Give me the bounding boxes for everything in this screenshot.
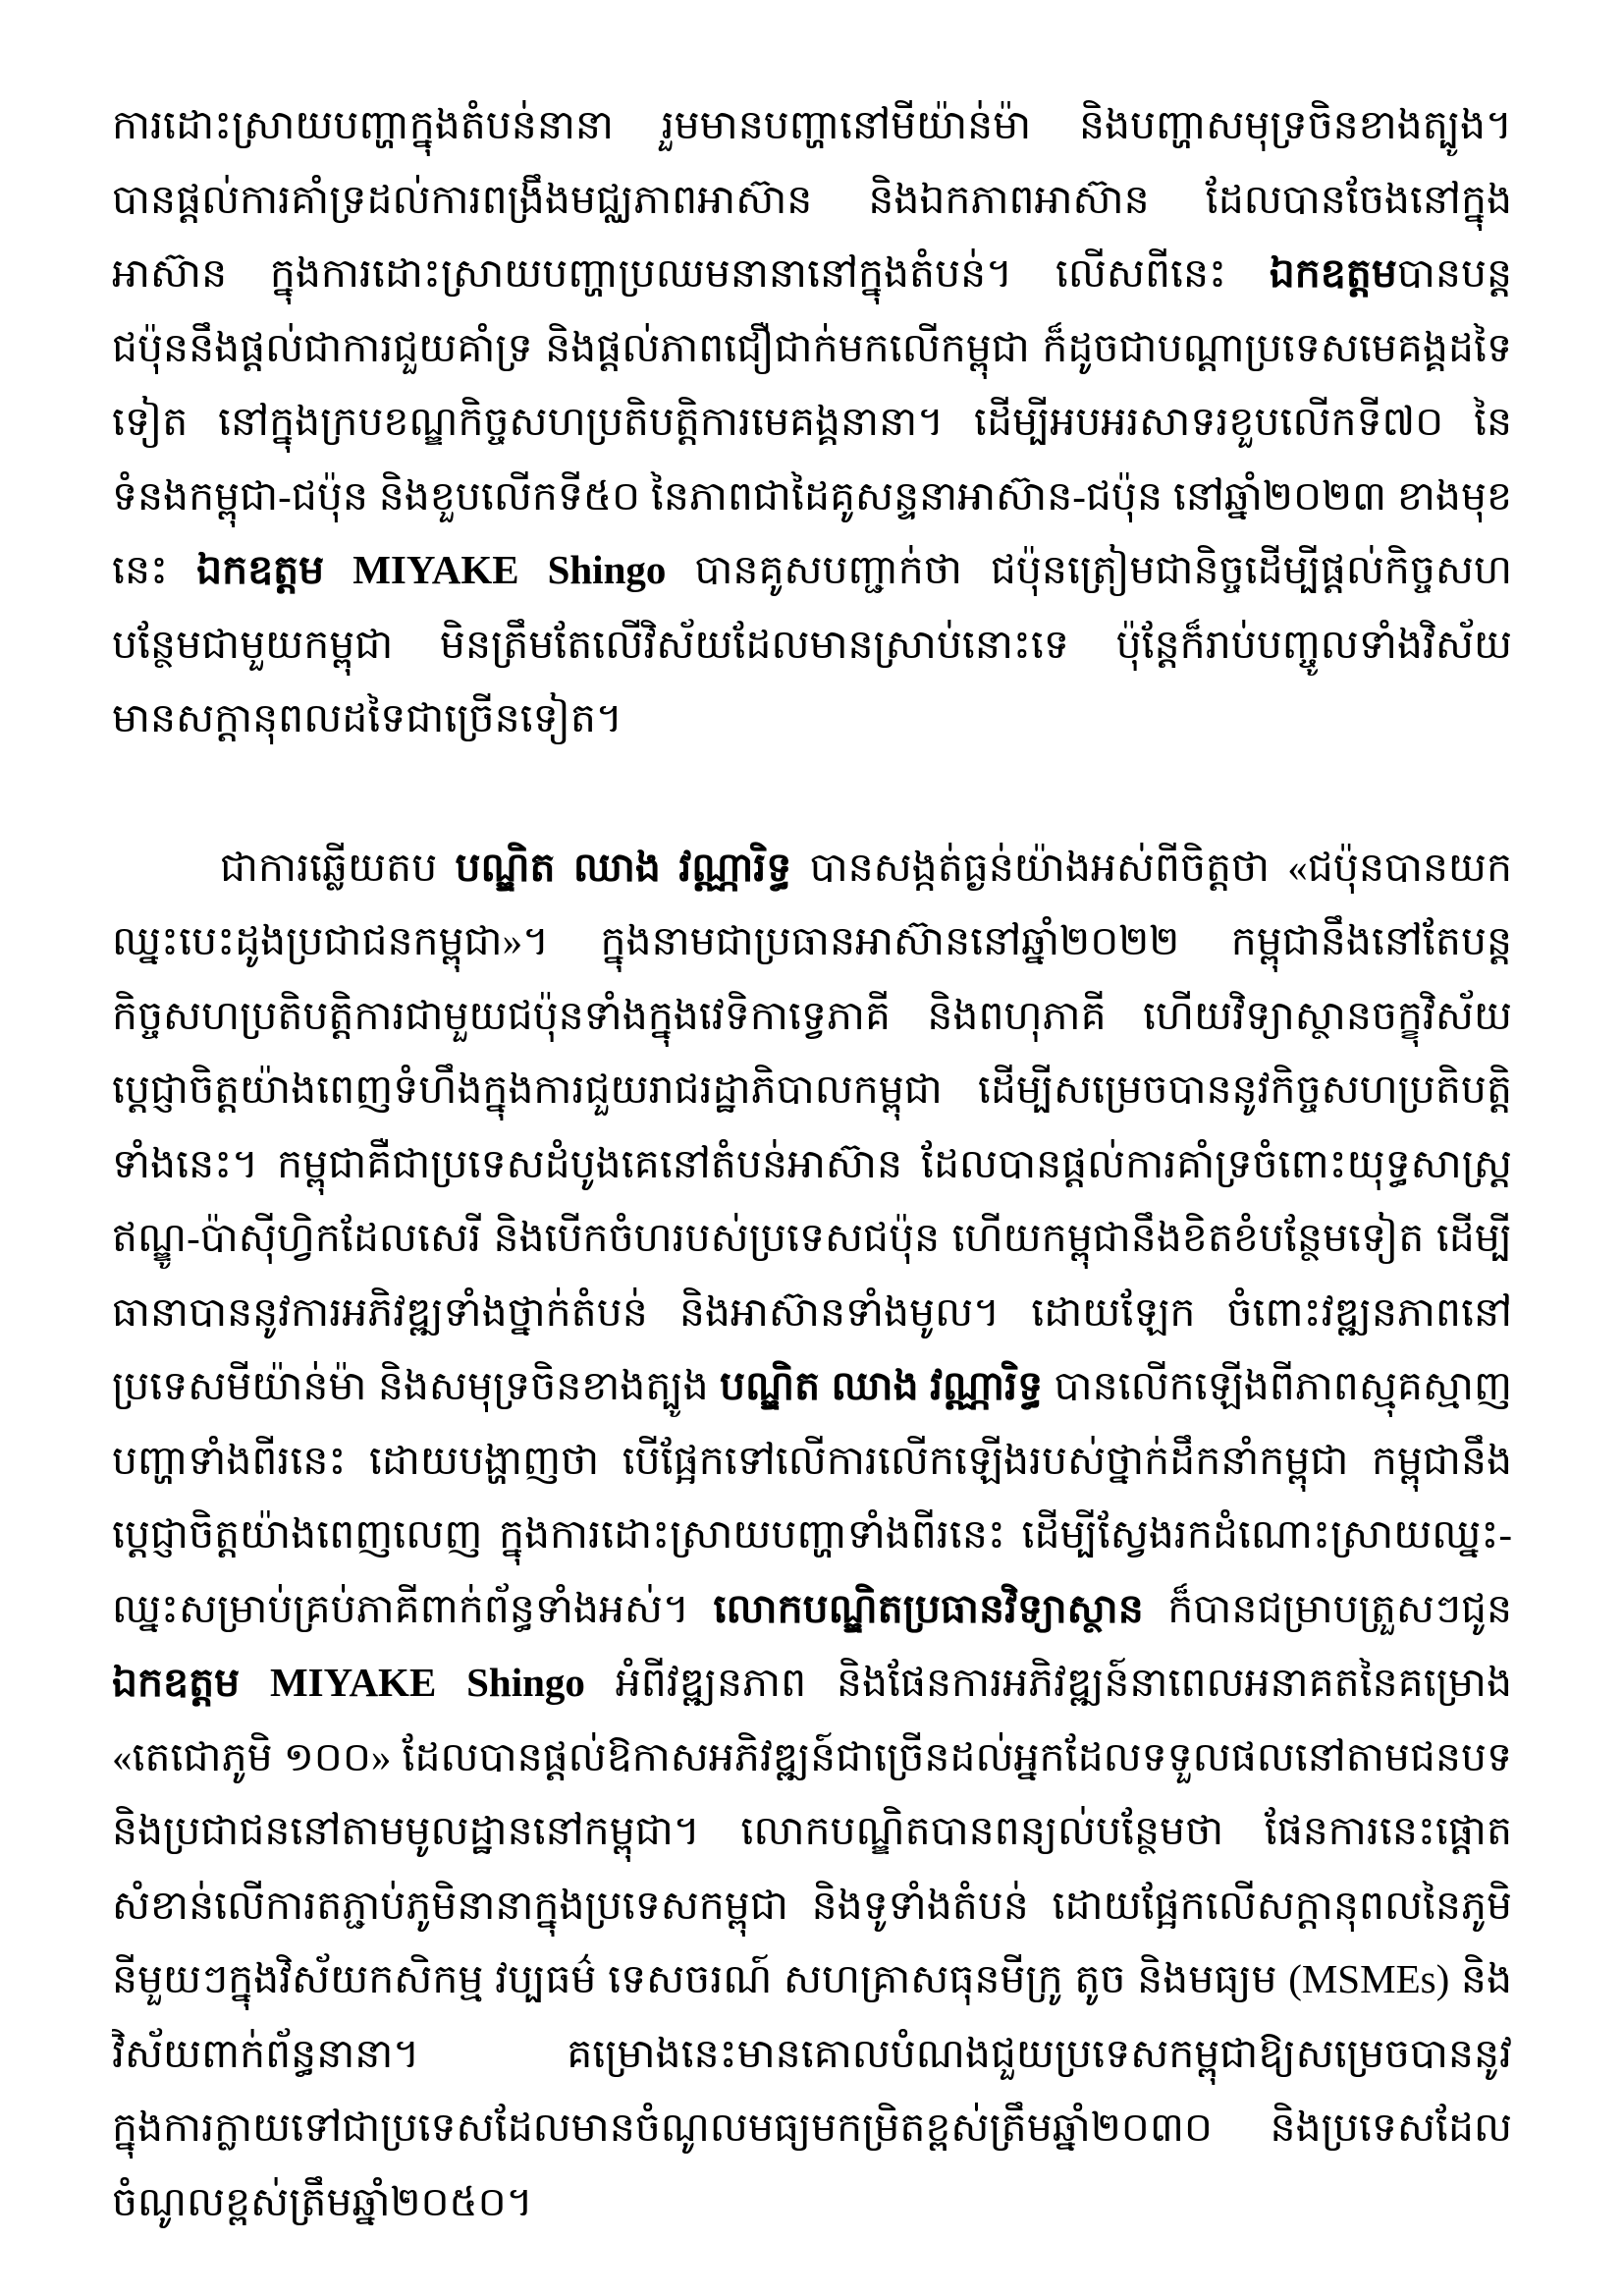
- text-run: ប្តេជ្ញាចិត្តយ៉ាងពេញទំហឹងក្នុងការជួយរាជរ…: [112, 1066, 1512, 1127]
- text-line: ទំនងកម្ពុជា-ជប៉ុន និងខួបលើកទី៥០ នៃភាពជាដ…: [112, 460, 1512, 534]
- text-line: ទៀត នៅក្នុងក្របខណ្ឌកិច្ចសហប្រតិបត្តិការម…: [112, 385, 1512, 460]
- text-run: «តេជោភូមិ ១០០» ដែលបានផ្តល់ឱកាសអភិវឌ្ឍន៍ជ…: [112, 1734, 1512, 1779]
- text-line: បានផ្តល់ការគាំទ្រដល់ការពង្រឹងមជ្ឈភាពអាស៊…: [112, 163, 1512, 238]
- text-run: ឥណ្ឌូ-ប៉ាស៊ីហ្វិកដែលសេរី និងបើកចំហរបស់ប្…: [112, 1215, 1512, 1260]
- text-line: ប្តេជ្ញាចិត្តយ៉ាងពេញទំហឹងក្នុងការជួយរាជរ…: [112, 1053, 1512, 1127]
- text-line: ចំណូលខ្ពស់ត្រឹមឆ្នាំ២០៥០។: [112, 2165, 1512, 2240]
- text-line: និងប្រជាជននៅតាមមូលដ្ឋាននៅកម្ពុជា។ លោកបណ្…: [112, 1794, 1512, 1869]
- text-line: ជប៉ុននឹងផ្តល់ជាការជួយគាំទ្រ និងផ្តល់ភាពជ…: [112, 311, 1512, 386]
- text-line: ឈ្នះបេះដូងប្រជាជនកម្ពុជា»។ ក្នុងនាមជាប្រ…: [112, 904, 1512, 979]
- text-line: វិស័យពាក់ព័ន្ធនានា។ គម្រោងនេះមានគោលបំណងជ…: [112, 2017, 1512, 2092]
- text-run: ជាការឆ្លើយតប: [220, 845, 455, 890]
- text-run: អំពីវឌ្ឍនភាព និងផែនការអភិវឌ្ឍន៍នាពេលអនាគ…: [585, 1660, 1512, 1705]
- text-run: ទាំងនេះ។ កម្ពុជាគឺជាប្រទេសដំបូងគេនៅតំបន់…: [112, 1141, 1512, 1186]
- bold-text-run: ឯកឧត្តម MIYAKE Shingo: [196, 547, 666, 592]
- text-line: បញ្ហាទាំងពីរនេះ ដោយបង្ហាញថា បើផ្អែកទៅលើក…: [112, 1424, 1512, 1499]
- text-line: «តេជោភូមិ ១០០» ដែលបានផ្តល់ឱកាសអភិវឌ្ឍន៍ជ…: [112, 1721, 1512, 1795]
- text-line: សំខាន់លើការតភ្ជាប់ភូមិនានាក្នុងប្រទេសកម្…: [112, 1869, 1512, 1943]
- text-line: ប្តេជ្ញាចិត្តយ៉ាងពេញលេញ ក្នុងការដោះស្រាយ…: [112, 1498, 1512, 1572]
- text-run: មានសក្តានុពលដទៃជាច្រើនទៀត។: [112, 695, 623, 740]
- text-run: ទៀត នៅក្នុងក្របខណ្ឌកិច្ចសហប្រតិបត្តិការម…: [112, 399, 1512, 460]
- text-line: ក្នុងការក្លាយទៅជាប្រទេសដែលមានចំណូលមធ្យមក…: [112, 2091, 1512, 2165]
- text-run: កិច្ចសហប្រតិបត្តិការជាមួយជប៉ុនទាំងក្នុងវ…: [112, 993, 1512, 1054]
- bold-text-run: បណ្ឌិត ឈាង វណ្ណារិទ្ធ: [720, 1363, 1043, 1408]
- text-line: ការដោះស្រាយបញ្ហាក្នុងតំបន់នានា រួមមានបញ្…: [112, 88, 1512, 163]
- text-run: វិស័យពាក់ព័ន្ធនានា។ គម្រោងនេះមានគោលបំណងជ…: [112, 2031, 1512, 2092]
- text-line: នេះ ឯកឧត្តម MIYAKE Shingo បានគូសបញ្ជាក់ថ…: [112, 533, 1512, 608]
- text-run: បានសង្កត់ធ្ងន់យ៉ាងអស់ពីចិត្តថា «ជប៉ុនបាន…: [791, 845, 1512, 890]
- text-run: ចំណូលខ្ពស់ត្រឹមឆ្នាំ២០៥០។: [112, 2179, 533, 2224]
- text-run: និងប្រជាជននៅតាមមូលដ្ឋាននៅកម្ពុជា។ លោកបណ្…: [112, 1808, 1512, 1853]
- text-line: ធានាបាននូវការអភិវឌ្ឍទាំងថ្នាក់តំបន់ និងអ…: [112, 1276, 1512, 1350]
- text-run: បន្ថែមជាមួយកម្ពុជា មិនត្រឹមតែលើវិស័យដែលម…: [112, 622, 1512, 683]
- text-run: សំខាន់លើការតភ្ជាប់ភូមិនានាក្នុងប្រទេសកម្…: [112, 1883, 1512, 1928]
- text-line: អាស៊ាន ក្នុងការដោះស្រាយបញ្ហាប្រឈមនានានៅក…: [112, 237, 1512, 311]
- text-run: ក្នុងការក្លាយទៅជាប្រទេសដែលមានចំណូលមធ្យមក…: [112, 2105, 1512, 2165]
- text-run: ឈ្នះបេះដូងប្រជាជនកម្ពុជា»។ ក្នុងនាមជាប្រ…: [112, 918, 1512, 963]
- text-line: កិច្ចសហប្រតិបត្តិការជាមួយជប៉ុនទាំងក្នុងវ…: [112, 979, 1512, 1054]
- text-run: ការដោះស្រាយបញ្ហាក្នុងតំបន់នានា រួមមានបញ្…: [112, 102, 1512, 163]
- text-run: ក៏បានជម្រាបត្រួសៗជូន: [1144, 1586, 1512, 1631]
- text-run: ប្តេជ្ញាចិត្តយ៉ាងពេញលេញ ក្នុងការដោះស្រាយ…: [112, 1511, 1512, 1557]
- text-run: ឈ្នះសម្រាប់គ្រប់ភាគីពាក់ព័ន្ធទាំងអស់។: [112, 1586, 714, 1631]
- text-run: បញ្ហាទាំងពីរនេះ ដោយបង្ហាញថា បើផ្អែកទៅលើក…: [112, 1438, 1512, 1499]
- text-line: ឯកឧត្តម MIYAKE Shingo អំពីវឌ្ឍនភាព និងផែ…: [112, 1646, 1512, 1721]
- text-line: ប្រទេសមីយ៉ាន់ម៉ា និងសមុទ្រចិនខាងត្បូង បណ…: [112, 1349, 1512, 1424]
- document-body-text: ការដោះស្រាយបញ្ហាក្នុងតំបន់នានា រួមមានបញ្…: [112, 88, 1512, 2239]
- text-line: ទាំងនេះ។ កម្ពុជាគឺជាប្រទេសដំបូងគេនៅតំបន់…: [112, 1127, 1512, 1202]
- text-run: អាស៊ាន ក្នុងការដោះស្រាយបញ្ហាប្រឈមនានានៅក…: [112, 250, 1270, 296]
- document-page: ការដោះស្រាយបញ្ហាក្នុងតំបន់នានា រួមមានបញ្…: [0, 0, 1624, 2296]
- text-line: ឈ្នះសម្រាប់គ្រប់ភាគីពាក់ព័ន្ធទាំងអស់។ លោ…: [112, 1572, 1512, 1647]
- text-run: ធានាបាននូវការអភិវឌ្ឍទាំងថ្នាក់តំបន់ និងអ…: [112, 1289, 1512, 1335]
- text-line: បន្ថែមជាមួយកម្ពុជា មិនត្រឹមតែលើវិស័យដែលម…: [112, 608, 1512, 683]
- bold-text-run: លោកបណ្ឌិតប្រធានវិទ្យាស្ថាន: [714, 1586, 1144, 1631]
- text-line: នីមួយៗក្នុងវិស័យកសិកម្ម វប្បធម៌ ទេសចរណ៍ …: [112, 1942, 1512, 2017]
- paragraph: ការដោះស្រាយបញ្ហាក្នុងតំបន់នានា រួមមានបញ្…: [112, 88, 1512, 756]
- bold-text-run: ឯកឧត្តម MIYAKE Shingo: [112, 1660, 585, 1705]
- bold-text-run: ឯកឧត្តម: [1270, 250, 1397, 296]
- text-run: នេះ: [112, 547, 196, 592]
- text-run: ប្រទេសមីយ៉ាន់ម៉ា និងសមុទ្រចិនខាងត្បូង: [112, 1363, 720, 1408]
- text-line: មានសក្តានុពលដទៃជាច្រើនទៀត។: [112, 682, 1512, 756]
- text-line: ជាការឆ្លើយតប បណ្ឌិត ឈាង វណ្ណារិទ្ធ បានសង…: [112, 831, 1512, 905]
- text-run: ទំនងកម្ពុជា-ជប៉ុន និងខួបលើកទី៥០ នៃភាពជាដ…: [112, 473, 1512, 519]
- paragraph: ជាការឆ្លើយតប បណ្ឌិត ឈាង វណ្ណារិទ្ធ បានសង…: [112, 831, 1512, 2240]
- text-run: ជប៉ុននឹងផ្តល់ជាការជួយគាំទ្រ និងផ្តល់ភាពជ…: [112, 325, 1512, 370]
- text-run: បានផ្តល់ការគាំទ្រដល់ការពង្រឹងមជ្ឈភាពអាស៊…: [112, 177, 1512, 238]
- text-line: ឥណ្ឌូ-ប៉ាស៊ីហ្វិកដែលសេរី និងបើកចំហរបស់ប្…: [112, 1201, 1512, 1276]
- bold-text-run: បណ្ឌិត ឈាង វណ្ណារិទ្ធ: [455, 845, 791, 890]
- text-run: នីមួយៗក្នុងវិស័យកសិកម្ម វប្បធម៌ ទេសចរណ៍ …: [112, 1956, 1512, 2001]
